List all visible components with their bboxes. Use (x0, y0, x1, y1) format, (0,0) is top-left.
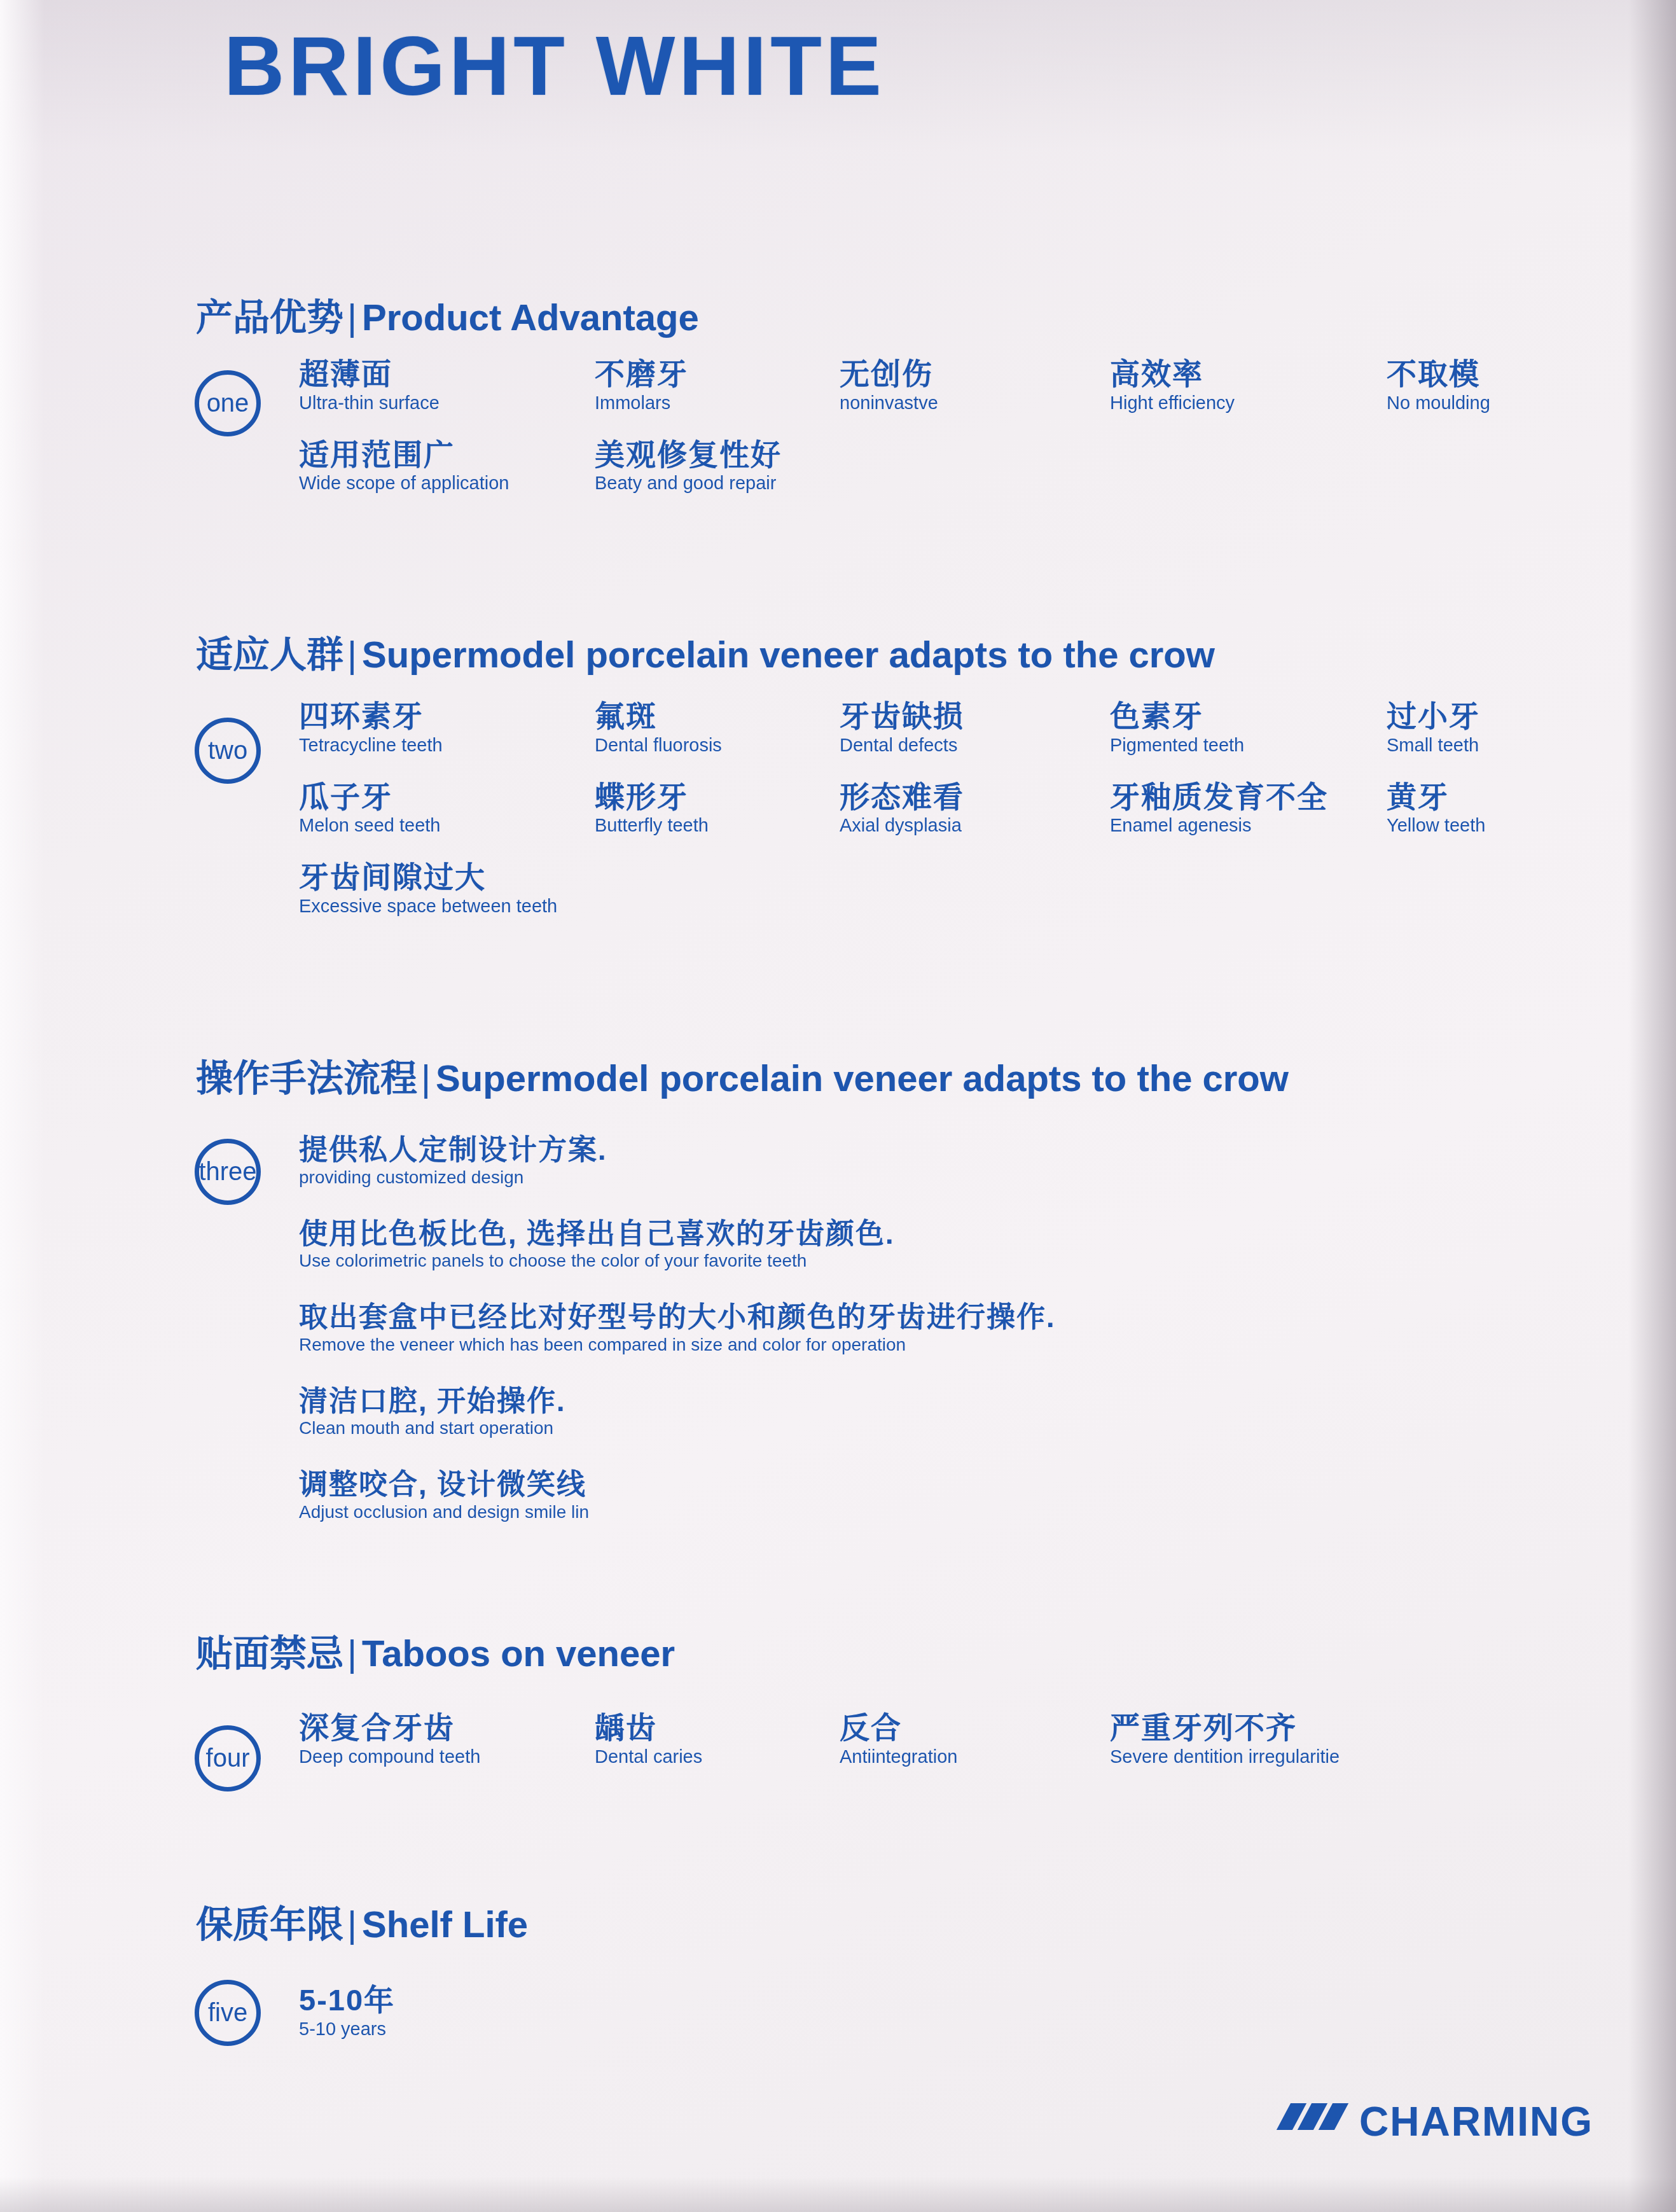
feature-item: 适用范围广 Wide scope of application (299, 438, 595, 495)
feature-item: 蝶形牙 Butterfly teeth (595, 781, 840, 837)
section-heading-product-advantage: 产品优势|Product Advantage (196, 288, 699, 341)
heading-en: Taboos on veneer (362, 1633, 675, 1674)
heading-en: Product Advantage (362, 297, 699, 338)
feature-item-zh: 5-10年 (299, 1984, 595, 2017)
adaptation-items: 四环素牙 Tetracycline teeth 氟斑 Dental fluoro… (299, 700, 1666, 917)
feature-item: 色素牙 Pigmented teeth (1110, 700, 1387, 756)
feature-item: 不磨牙 Immolars (595, 358, 840, 414)
feature-item-en: Butterfly teeth (595, 816, 840, 837)
feature-item-en: Immolars (595, 394, 840, 414)
section-heading-adaptation-group: 适应人群|Supermodel porcelain veneer adapts … (196, 625, 1215, 678)
feature-item: 形态难看 Axial dysplasia (840, 781, 1110, 837)
feature-item-en: Dental defects (840, 736, 1110, 756)
procedure-step-zh: 清洁口腔, 开始操作. (299, 1385, 1253, 1418)
feature-item: 龋齿 Dental caries (595, 1711, 840, 1768)
feature-item-en: Axial dysplasia (840, 816, 1110, 837)
heading-en: Supermodel porcelain veneer adapts to th… (362, 634, 1215, 676)
feature-item-zh: 高效率 (1110, 358, 1387, 391)
feature-item-en: No moulding (1387, 394, 1666, 414)
feature-item-en: Enamel agenesis (1110, 816, 1387, 837)
procedure-step-zh: 取出套盒中已经比对好型号的大小和颜色的牙齿进行操作. (299, 1301, 1253, 1334)
feature-item: 过小牙 Small teeth (1387, 700, 1666, 756)
feature-item-zh: 无创伤 (840, 358, 1110, 391)
procedure-step-en: Adjust occlusion and design smile lin (299, 1503, 1253, 1522)
feature-item-en: Dental fluorosis (595, 736, 840, 756)
feature-item-en: Dental caries (595, 1748, 840, 1768)
feature-item-en: Severe dentition irregularitie (1110, 1748, 1387, 1768)
procedure-step: 清洁口腔, 开始操作. Clean mouth and start operat… (299, 1385, 1253, 1439)
procedure-step: 调整咬合, 设计微笑线 Adjust occlusion and design … (299, 1468, 1253, 1522)
feature-item: 5-10年 5-10 years (299, 1984, 595, 2040)
procedure-step: 提供私人定制设计方案. providing customized design (299, 1134, 1253, 1188)
feature-item-zh: 四环素牙 (299, 700, 595, 734)
feature-item-en: Wide scope of application (299, 474, 595, 494)
card-bottom-edge-shadow (0, 2177, 1676, 2212)
feature-item-en: Small teeth (1387, 736, 1666, 756)
shelf-life-items: 5-10年 5-10 years (299, 1984, 1666, 2040)
feature-item: 四环素牙 Tetracycline teeth (299, 700, 595, 756)
heading-separator: | (417, 1058, 436, 1099)
feature-item-zh: 龋齿 (595, 1711, 840, 1745)
feature-item-zh: 瓜子牙 (299, 781, 595, 814)
triple-slash-stripes-icon (1284, 2103, 1347, 2130)
procedure-step-en: Clean mouth and start operation (299, 1419, 1253, 1438)
procedure-steps: 提供私人定制设计方案. providing customized design … (299, 1134, 1253, 1552)
badge-five: five (195, 1980, 261, 2046)
feature-item-zh: 牙齿缺损 (840, 700, 1110, 734)
feature-item: 美观修复性好 Beaty and good repair (595, 438, 840, 495)
feature-item: 无创伤 noninvastve (840, 358, 1110, 414)
feature-item: 反合 Antiintegration (840, 1711, 1110, 1768)
feature-item: 氟斑 Dental fluorosis (595, 700, 840, 756)
feature-item-en: Yellow teeth (1387, 816, 1666, 837)
badge-three: three (195, 1139, 261, 1205)
heading-separator: | (343, 634, 362, 676)
feature-item-zh: 适用范围广 (299, 438, 595, 472)
feature-item-zh: 过小牙 (1387, 700, 1666, 734)
procedure-step-zh: 提供私人定制设计方案. (299, 1134, 1253, 1167)
feature-item-en: Pigmented teeth (1110, 736, 1387, 756)
feature-item-en: Beaty and good repair (595, 474, 840, 494)
brand-logo: CHARMING (1284, 2098, 1593, 2145)
feature-item-en: Tetracycline teeth (299, 736, 595, 756)
feature-item-en: Excessive space between teeth (299, 897, 595, 917)
feature-item: 超薄面 Ultra-thin surface (299, 358, 595, 414)
heading-zh: 贴面禁忌 (196, 1633, 343, 1674)
feature-item-en: Antiintegration (840, 1748, 1110, 1768)
feature-item: 牙齿缺损 Dental defects (840, 700, 1110, 756)
procedure-step-en: Use colorimetric panels to choose the co… (299, 1251, 1253, 1271)
heading-separator: | (343, 1633, 362, 1674)
feature-item-zh: 深复合牙齿 (299, 1711, 595, 1745)
feature-item: 严重牙列不齐 Severe dentition irregularitie (1110, 1711, 1387, 1768)
section-heading-shelf-life: 保质年限|Shelf Life (196, 1895, 528, 1948)
badge-four: four (195, 1725, 261, 1791)
feature-item: 牙釉质发育不全 Enamel agenesis (1110, 781, 1387, 837)
heading-zh: 保质年限 (196, 1904, 343, 1945)
feature-item: 黄牙 Yellow teeth (1387, 781, 1666, 837)
heading-zh: 产品优势 (196, 297, 343, 338)
procedure-step-en: providing customized design (299, 1168, 1253, 1188)
brand-name: CHARMING (1359, 2098, 1593, 2145)
feature-item: 牙齿间隙过大 Excessive space between teeth (299, 861, 595, 917)
feature-item-en: Melon seed teeth (299, 816, 595, 837)
procedure-step: 取出套盒中已经比对好型号的大小和颜色的牙齿进行操作. Remove the ve… (299, 1301, 1253, 1355)
feature-item-zh: 牙齿间隙过大 (299, 861, 595, 894)
heading-en: Supermodel porcelain veneer adapts to th… (436, 1058, 1289, 1099)
badge-two: two (195, 718, 261, 784)
feature-item-en: Ultra-thin surface (299, 394, 595, 414)
feature-item-zh: 美观修复性好 (595, 438, 840, 472)
heading-en: Shelf Life (362, 1904, 528, 1945)
procedure-step-zh: 使用比色板比色, 选择出自己喜欢的牙齿颜色. (299, 1218, 1253, 1251)
heading-zh: 适应人群 (196, 634, 343, 676)
feature-item-en: 5-10 years (299, 2020, 595, 2040)
feature-item-en: Hight efficiency (1110, 394, 1387, 414)
advantage-items: 超薄面 Ultra-thin surface 不磨牙 Immolars 无创伤 … (299, 358, 1666, 494)
page-title: BRIGHT WHITE (224, 18, 885, 114)
heading-zh: 操作手法流程 (196, 1058, 417, 1099)
feature-item-zh: 超薄面 (299, 358, 595, 391)
feature-item-zh: 严重牙列不齐 (1110, 1711, 1387, 1745)
feature-item-zh: 黄牙 (1387, 781, 1666, 814)
feature-item-zh: 蝶形牙 (595, 781, 840, 814)
feature-item-zh: 牙釉质发育不全 (1110, 781, 1387, 814)
badge-one: one (195, 370, 261, 436)
feature-item-zh: 色素牙 (1110, 700, 1387, 734)
procedure-step: 使用比色板比色, 选择出自己喜欢的牙齿颜色. Use colorimetric … (299, 1218, 1253, 1272)
section-heading-operation-process: 操作手法流程|Supermodel porcelain veneer adapt… (196, 1048, 1289, 1102)
feature-item: 不取模 No moulding (1387, 358, 1666, 414)
feature-item-en: noninvastve (840, 394, 1110, 414)
feature-item-zh: 形态难看 (840, 781, 1110, 814)
feature-item-zh: 氟斑 (595, 700, 840, 734)
section-heading-taboos: 贴面禁忌|Taboos on veneer (196, 1624, 675, 1677)
procedure-step-zh: 调整咬合, 设计微笑线 (299, 1468, 1253, 1501)
card-left-edge (0, 0, 45, 2212)
procedure-step-en: Remove the veneer which has been compare… (299, 1335, 1253, 1355)
heading-separator: | (343, 297, 362, 338)
feature-item-zh: 反合 (840, 1711, 1110, 1745)
feature-item-zh: 不磨牙 (595, 358, 840, 391)
card-right-edge-shadow (1628, 0, 1676, 2212)
taboo-items: 深复合牙齿 Deep compound teeth 龋齿 Dental cari… (299, 1711, 1666, 1768)
feature-item: 高效率 Hight efficiency (1110, 358, 1387, 414)
feature-item-zh: 不取模 (1387, 358, 1666, 391)
feature-item: 深复合牙齿 Deep compound teeth (299, 1711, 595, 1768)
heading-separator: | (343, 1904, 362, 1945)
feature-item-en: Deep compound teeth (299, 1748, 595, 1768)
feature-item: 瓜子牙 Melon seed teeth (299, 781, 595, 837)
veneer-info-card: BRIGHT WHITE 产品优势|Product Advantage one … (0, 0, 1676, 2212)
